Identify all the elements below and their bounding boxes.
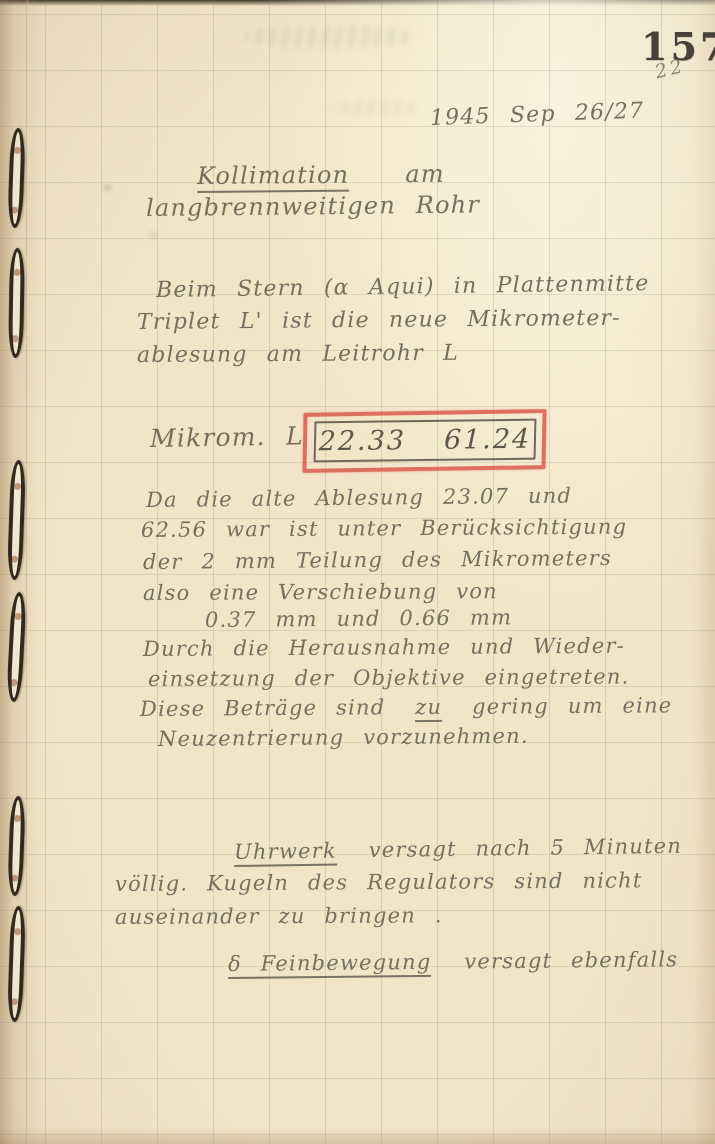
para4-underlined-word: δ Feinbewegung xyxy=(228,950,432,979)
para2-line7: einsetzung der Objektive eingetreten. xyxy=(148,664,630,691)
para1-line2: Triplet L' ist die neue Mikrometer- xyxy=(137,306,621,335)
pencil-smudge xyxy=(104,185,111,190)
heading-rest: am xyxy=(405,160,445,188)
notebook-page: 157 22 1945 Sep 26/27 Kollimationam lang… xyxy=(0,0,715,1144)
micrometer-value-1: 22.33 xyxy=(318,425,406,457)
heading-underlined-word: Kollimation xyxy=(197,161,350,193)
pencil-smudge xyxy=(148,232,158,238)
para3-line2: völlig. Kugeln des Regulators sind nicht xyxy=(115,868,643,896)
para2-line4: also eine Verschiebung von xyxy=(143,579,498,605)
para2-line3: der 2 mm Teilung des Mikrometers xyxy=(143,546,612,574)
micrometer-label: Mikrom. L xyxy=(150,421,304,453)
binding-crease xyxy=(26,0,28,1144)
para2-line2: 62.56 war ist unter Berücksichtigung xyxy=(141,515,627,542)
micrometer-reading-red-box: 22.33 61.24 xyxy=(302,409,546,473)
para2-line1: Da die alte Ablesung 23.07 und xyxy=(146,484,572,512)
para2-line9: Neuzentrierung vorzunehmen. xyxy=(158,724,529,751)
para2-line8-pre: Diese Beträge sind xyxy=(140,695,385,721)
para1-line3: ablesung am Leitrohr L xyxy=(137,341,459,368)
para2-line5: 0.37 mm und 0.66 mm xyxy=(205,605,512,632)
para4-rest: versagt ebenfalls xyxy=(464,947,678,973)
para2-line8: Diese Beträge sind zu gering um eine xyxy=(140,693,673,721)
para3-line1-rest: versagt nach 5 Minuten xyxy=(369,834,683,862)
heading-line-2: langbrennweitigen Rohr xyxy=(146,191,480,222)
para2-line8-underlined: zu xyxy=(415,695,442,722)
ink-bleedthrough xyxy=(330,100,420,116)
para2-line6: Durch die Herausnahme und Wieder- xyxy=(143,634,625,661)
para2-line8-post: gering um eine xyxy=(472,693,672,718)
para3-line3: auseinander zu bringen . xyxy=(115,903,443,929)
ink-bleedthrough xyxy=(245,26,415,48)
para3-underlined-word: Uhrwerk xyxy=(234,839,337,867)
micrometer-reading-inner-box: 22.33 61.24 xyxy=(314,419,537,463)
micrometer-value-2: 61.24 xyxy=(444,424,532,456)
heading-line-1: Kollimationam xyxy=(197,160,445,190)
para4-line: δ Feinbewegung versagt ebenfalls xyxy=(228,947,678,976)
